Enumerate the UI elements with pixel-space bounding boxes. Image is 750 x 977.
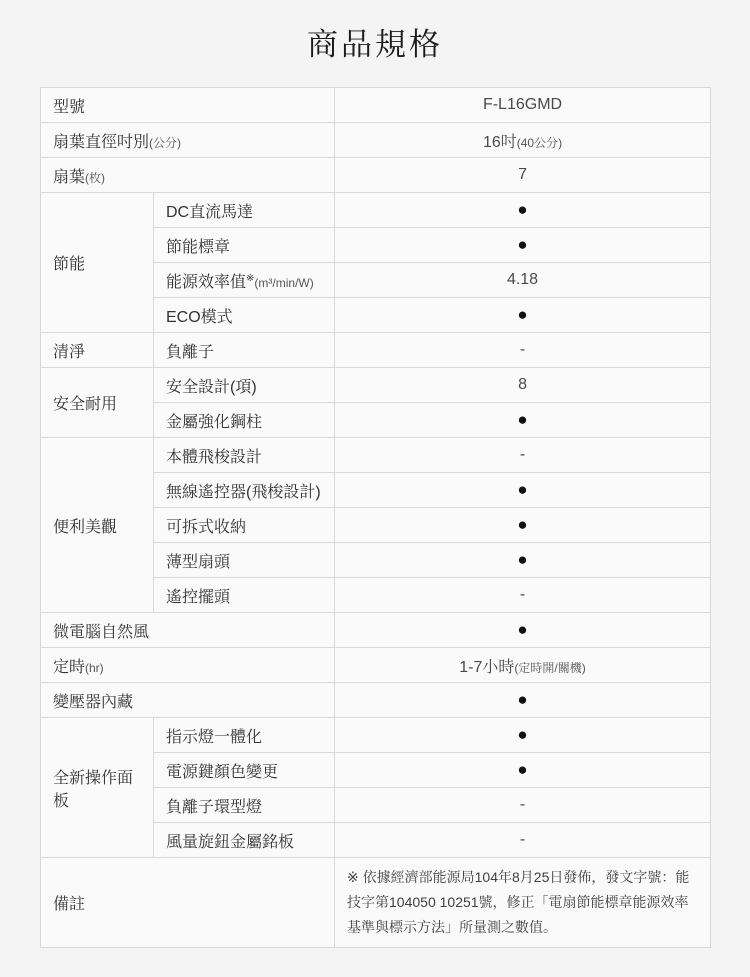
not-available-dash: -	[520, 586, 525, 603]
included-dot-icon: ●	[517, 620, 527, 639]
not-available-dash: -	[520, 831, 525, 848]
row-label: 負離子	[166, 344, 214, 361]
row-label: ECO模式	[166, 309, 233, 326]
row-label: 變壓器內藏	[53, 694, 133, 711]
row-label: 無線遙控器(飛梭設計)	[166, 484, 321, 501]
group-label-convenience-aesthetics: 便利美觀	[41, 438, 154, 613]
included-dot-icon: ●	[517, 480, 527, 499]
spec-row-indicator-light: 全新操作面板 指示燈一體化 ●	[41, 718, 711, 753]
spec-row-dc-motor: 節能 DC直流馬達 ●	[41, 193, 711, 228]
spec-row-body-jog-design: 便利美觀 本體飛梭設計 -	[41, 438, 711, 473]
included-dot-icon: ●	[517, 550, 527, 569]
row-value: 4.18	[507, 271, 538, 288]
spec-row-built-in-transformer: 變壓器內藏 ●	[41, 683, 711, 718]
spec-row-blade-count: 扇葉(枚) 7	[41, 158, 711, 193]
row-label: 節能標章	[166, 239, 230, 256]
row-label: 定時	[53, 659, 85, 676]
not-available-dash: -	[520, 446, 525, 463]
spec-row-safety-design: 安全耐用 安全設計(項) 8	[41, 368, 711, 403]
included-dot-icon: ●	[517, 725, 527, 744]
row-label: 薄型扇頭	[166, 554, 230, 571]
row-label: 本體飛梭設計	[166, 449, 262, 466]
row-value: F-L16GMD	[483, 96, 562, 113]
spec-row-blade-diameter: 扇葉直徑吋別(公分) 16吋(40公分)	[41, 123, 711, 158]
row-label-sub: (m³/min/W)	[254, 276, 313, 290]
included-dot-icon: ●	[517, 760, 527, 779]
row-label: 遙控擺頭	[166, 589, 230, 606]
group-label-safety-durability: 安全耐用	[41, 368, 154, 438]
included-dot-icon: ●	[517, 410, 527, 429]
included-dot-icon: ●	[517, 235, 527, 254]
row-value: 7	[518, 166, 527, 183]
row-label: 型號	[53, 99, 85, 116]
included-dot-icon: ●	[517, 305, 527, 324]
row-label: 金屬強化鋼柱	[166, 414, 262, 431]
row-label-sub: (hr)	[85, 661, 104, 675]
row-value: 8	[518, 376, 527, 393]
row-label-sub: (公分)	[149, 136, 181, 150]
row-label-sub: (枚)	[85, 171, 105, 185]
row-value-sub: (定時開/關機)	[514, 661, 585, 675]
row-label: 扇葉直徑吋別	[53, 134, 149, 151]
row-label: 風量旋鈕金屬銘板	[166, 834, 294, 851]
spec-row-remarks: 備註 ※ 依據經濟部能源局104年8月25日發佈，發文字號：能技字第104050…	[41, 858, 711, 948]
row-label: 負離子環型燈	[166, 799, 262, 816]
row-value: 1-7小時	[459, 659, 514, 676]
not-available-dash: -	[520, 796, 525, 813]
row-value: 16吋	[483, 134, 517, 151]
row-label: 扇葉	[53, 169, 85, 186]
spec-row-model: 型號 F-L16GMD	[41, 88, 711, 123]
row-value-sub: (40公分)	[517, 136, 562, 150]
included-dot-icon: ●	[517, 200, 527, 219]
row-label: DC直流馬達	[166, 204, 253, 221]
row-label: 指示燈一體化	[166, 729, 262, 746]
row-label: 微電腦自然風	[53, 624, 149, 641]
row-label: 可拆式收納	[166, 519, 246, 536]
row-label: 電源鍵顏色變更	[166, 764, 278, 781]
group-label-purification: 清淨	[41, 333, 154, 368]
included-dot-icon: ●	[517, 690, 527, 709]
not-available-dash: -	[520, 341, 525, 358]
spec-row-timer: 定時(hr) 1-7小時(定時開/關機)	[41, 648, 711, 683]
included-dot-icon: ●	[517, 515, 527, 534]
row-label: 能源效率值	[166, 274, 246, 291]
row-label: 備註	[53, 896, 85, 913]
spec-row-natural-wind: 微電腦自然風 ●	[41, 613, 711, 648]
remarks-text: ※ 依據經濟部能源局104年8月25日發佈，發文字號：能技字第104050 10…	[335, 858, 711, 948]
row-label: 安全設計(項)	[166, 379, 257, 396]
page-title: 商品規格	[0, 19, 750, 64]
spec-row-negative-ion: 清淨 負離子 -	[41, 333, 711, 368]
group-label-energy-saving: 節能	[41, 193, 154, 333]
spec-table: 型號 F-L16GMD 扇葉直徑吋別(公分) 16吋(40公分) 扇葉(枚) 7…	[40, 87, 711, 948]
group-label-new-control-panel: 全新操作面板	[41, 718, 154, 858]
